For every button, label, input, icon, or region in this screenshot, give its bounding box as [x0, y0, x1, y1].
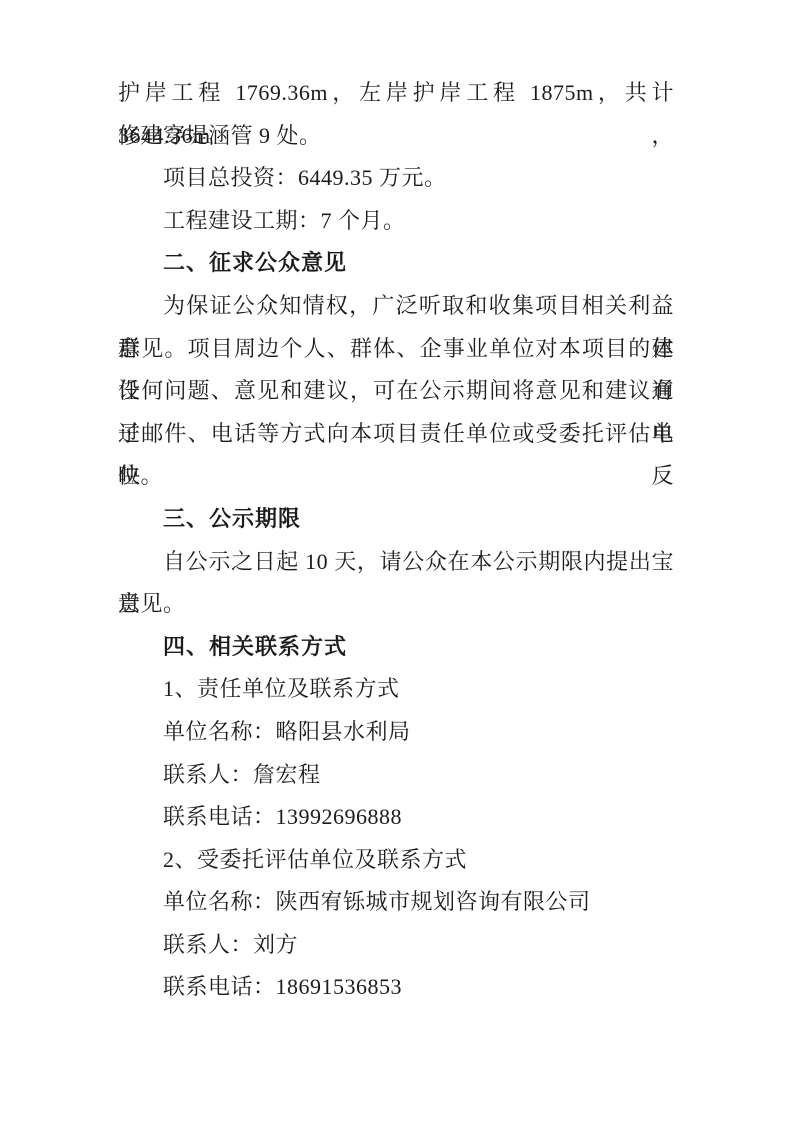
text-line: 联系人：詹宏程 — [118, 754, 674, 797]
text-line: 单位名称：陕西宥铄城市规划咨询有限公司 — [118, 881, 674, 924]
text-line: 1、责任单位及联系方式 — [118, 668, 674, 711]
text-line: 意见。 — [118, 583, 674, 626]
text-line: 单位名称：略阳县水利局 — [118, 711, 674, 754]
text-line: 为保证公众知情权，广泛听取和收集项目相关利益群体 — [118, 285, 674, 328]
text-line: 2、受委托评估单位及联系方式 — [118, 839, 674, 882]
document-page: 护岸工程 1769.36m，左岸护岸工程 1875m，共计 3644.36m，修… — [0, 0, 793, 1122]
text-line: 联系电话：18691536853 — [118, 966, 674, 1009]
text-line: 子邮件、电话等方式向本项目责任单位或受委托评估单位反 — [118, 413, 674, 456]
text-line: 自公示之日起 10 天，请公众在本公示期限内提出宝贵 — [118, 541, 674, 584]
text-line: 项目总投资：6449.35 万元。 — [118, 157, 674, 200]
document-body: 护岸工程 1769.36m，左岸护岸工程 1875m，共计 3644.36m，修… — [118, 72, 674, 1009]
section-heading: 二、征求公众意见 — [118, 242, 674, 285]
text-line: 联系人：刘方 — [118, 924, 674, 967]
text-line: 工程建设工期：7 个月。 — [118, 200, 674, 243]
text-line: 任何问题、意见和建议，可在公示期间将意见和建议通过电 — [118, 370, 674, 413]
text-line: 联系电话：13992696888 — [118, 796, 674, 839]
section-heading: 三、公示期限 — [118, 498, 674, 541]
text-line: 护岸工程 1769.36m，左岸护岸工程 1875m，共计 3644.36m， — [118, 72, 674, 115]
text-line: 意见。项目周边个人、群体、企事业单位对本项目的建设有 — [118, 328, 674, 371]
section-heading: 四、相关联系方式 — [118, 626, 674, 669]
